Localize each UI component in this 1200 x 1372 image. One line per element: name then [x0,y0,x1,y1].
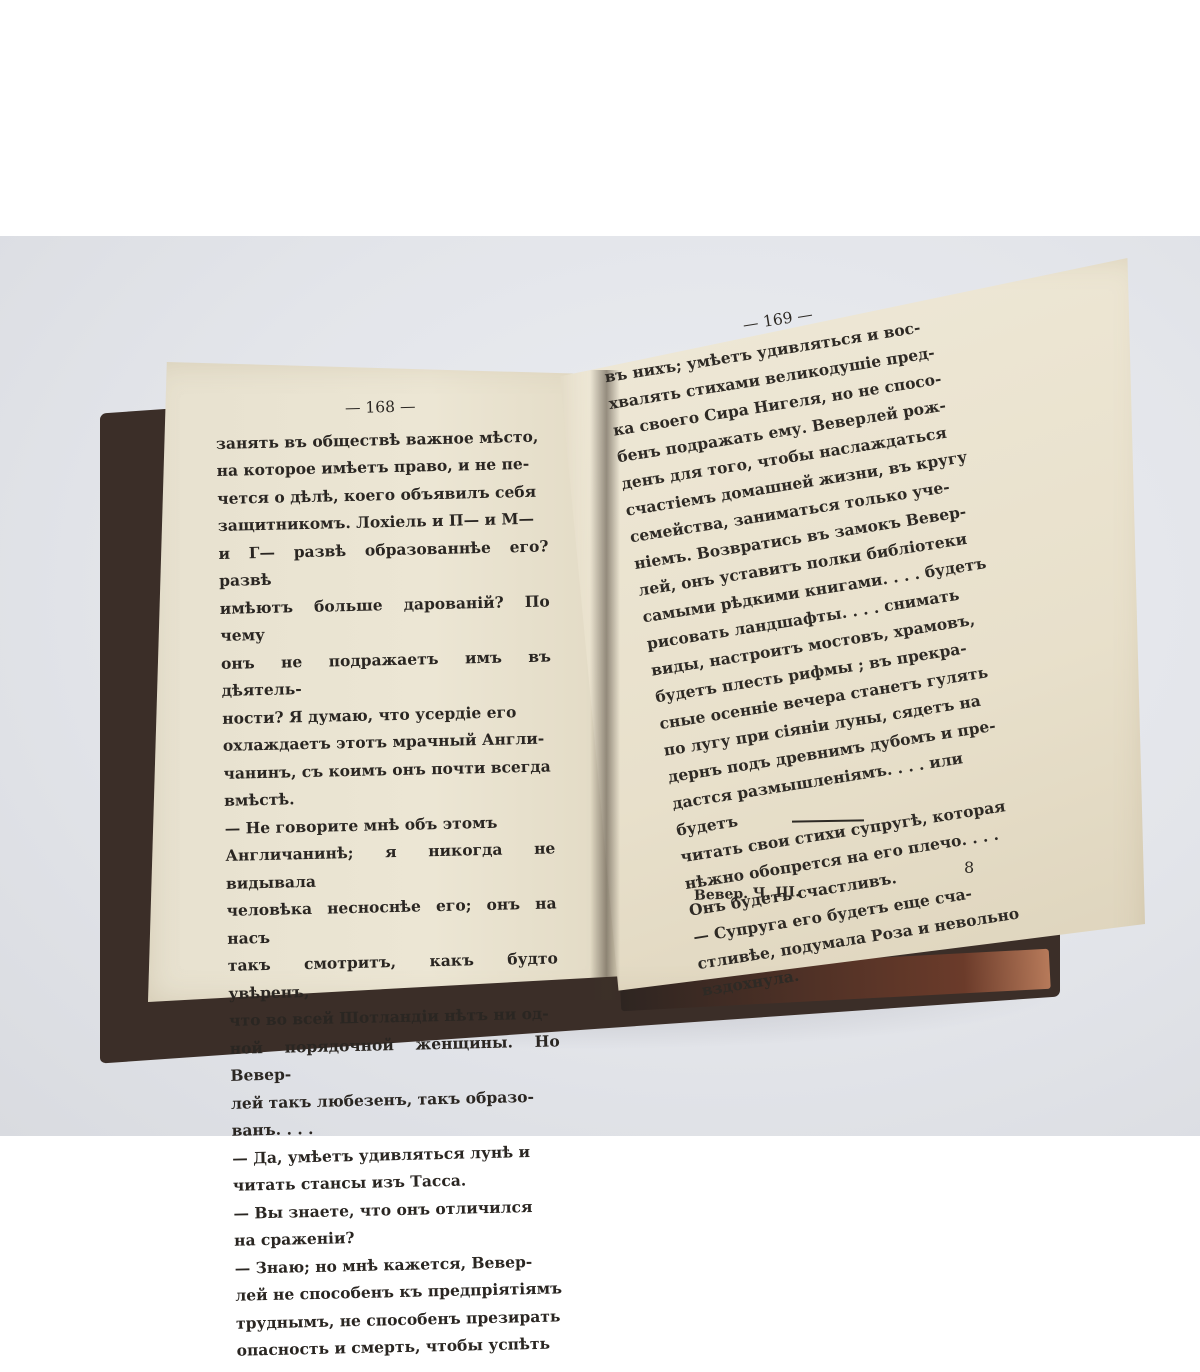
text-line: и Г— развѣ образованнѣе его? развѣ [218,532,549,594]
text-line: человѣка несноснѣе его; онъ на насъ [226,889,557,951]
text-line: ной порядочной женщины. Но Вевер- [229,1027,560,1089]
text-line: такъ смотритъ, какъ будто увѣренъ, [228,944,559,1006]
text-line: имѣютъ больше дарованій? По чему [219,587,550,649]
text-line: онъ не подражаетъ имъ въ дѣятель- [221,642,552,704]
left-page-text: — 168 — занять въ обществѣ важное мѣсто,… [215,391,567,1365]
book-gutter [590,370,620,1000]
text-line: Англичанинѣ; я никогда не видывала [225,834,556,896]
sheet-number: 8 [964,858,974,877]
